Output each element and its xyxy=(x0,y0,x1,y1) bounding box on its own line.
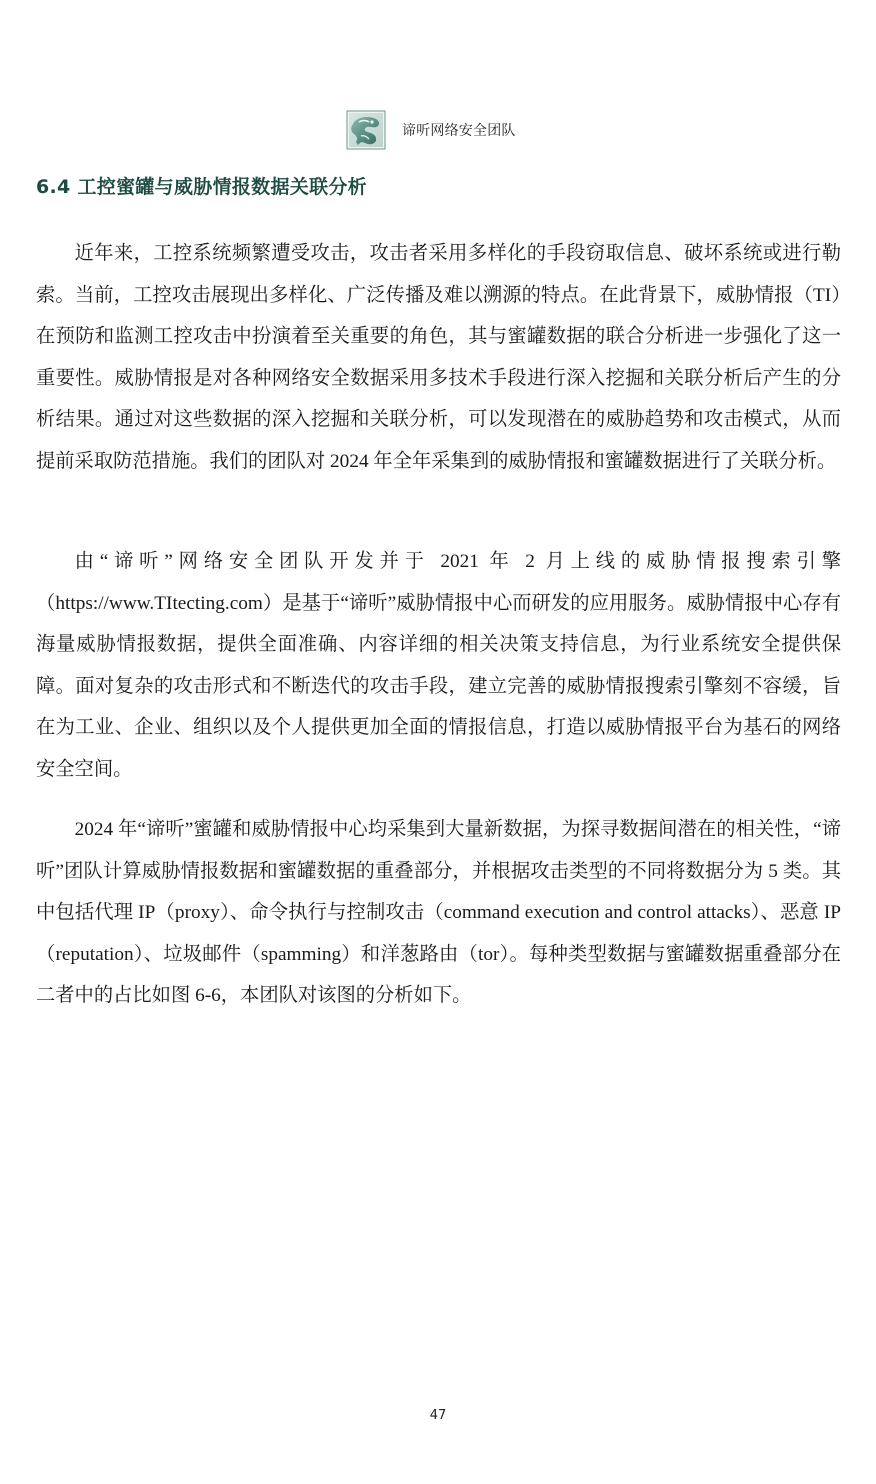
dragon-seal-logo-icon xyxy=(346,110,386,150)
section-heading: 6.4 工控蜜罐与威胁情报数据关联分析 xyxy=(36,172,367,199)
paragraph-data-categories: 2024 年“谛听”蜜罐和威胁情报中心均采集到大量新数据，为探寻数据间潜在的相关… xyxy=(36,809,841,1017)
page-number: 47 xyxy=(0,1408,876,1423)
page-header: 谛听网络安全团队 xyxy=(346,108,516,152)
paragraph-intro: 近年来，工控系统频繁遭受攻击，攻击者采用多样化的手段窃取信息、破坏系统或进行勒索… xyxy=(36,233,841,482)
paragraph-search-engine: 由“谛听”网络安全团队开发并于 2021 年 2 月上线的威胁情报搜索引擎（ht… xyxy=(36,541,841,790)
team-name: 谛听网络安全团队 xyxy=(402,120,516,140)
